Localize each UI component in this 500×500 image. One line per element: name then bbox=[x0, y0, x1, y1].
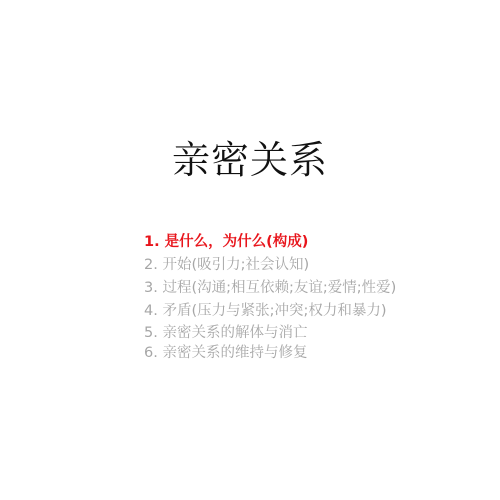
slide: 亲密关系 1. 是什么，为什么(构成) 2. 开始(吸引力;社会认知) 3. 过… bbox=[0, 0, 500, 500]
outline-item-1: 1. 是什么，为什么(构成) bbox=[144, 231, 396, 254]
outline-item-6: 6. 亲密关系的维持与修复 bbox=[144, 343, 396, 363]
outline-item-3: 3. 过程(沟通;相互依赖;友谊;爱情;性爱) bbox=[144, 277, 396, 300]
slide-title: 亲密关系 bbox=[0, 136, 500, 184]
outline-item-2: 2. 开始(吸引力;社会认知) bbox=[144, 254, 396, 277]
outline-item-5: 5. 亲密关系的解体与消亡 bbox=[144, 323, 396, 343]
outline-list: 1. 是什么，为什么(构成) 2. 开始(吸引力;社会认知) 3. 过程(沟通;… bbox=[144, 231, 396, 363]
outline-item-4: 4. 矛盾(压力与紧张;冲突;权力和暴力) bbox=[144, 300, 396, 323]
